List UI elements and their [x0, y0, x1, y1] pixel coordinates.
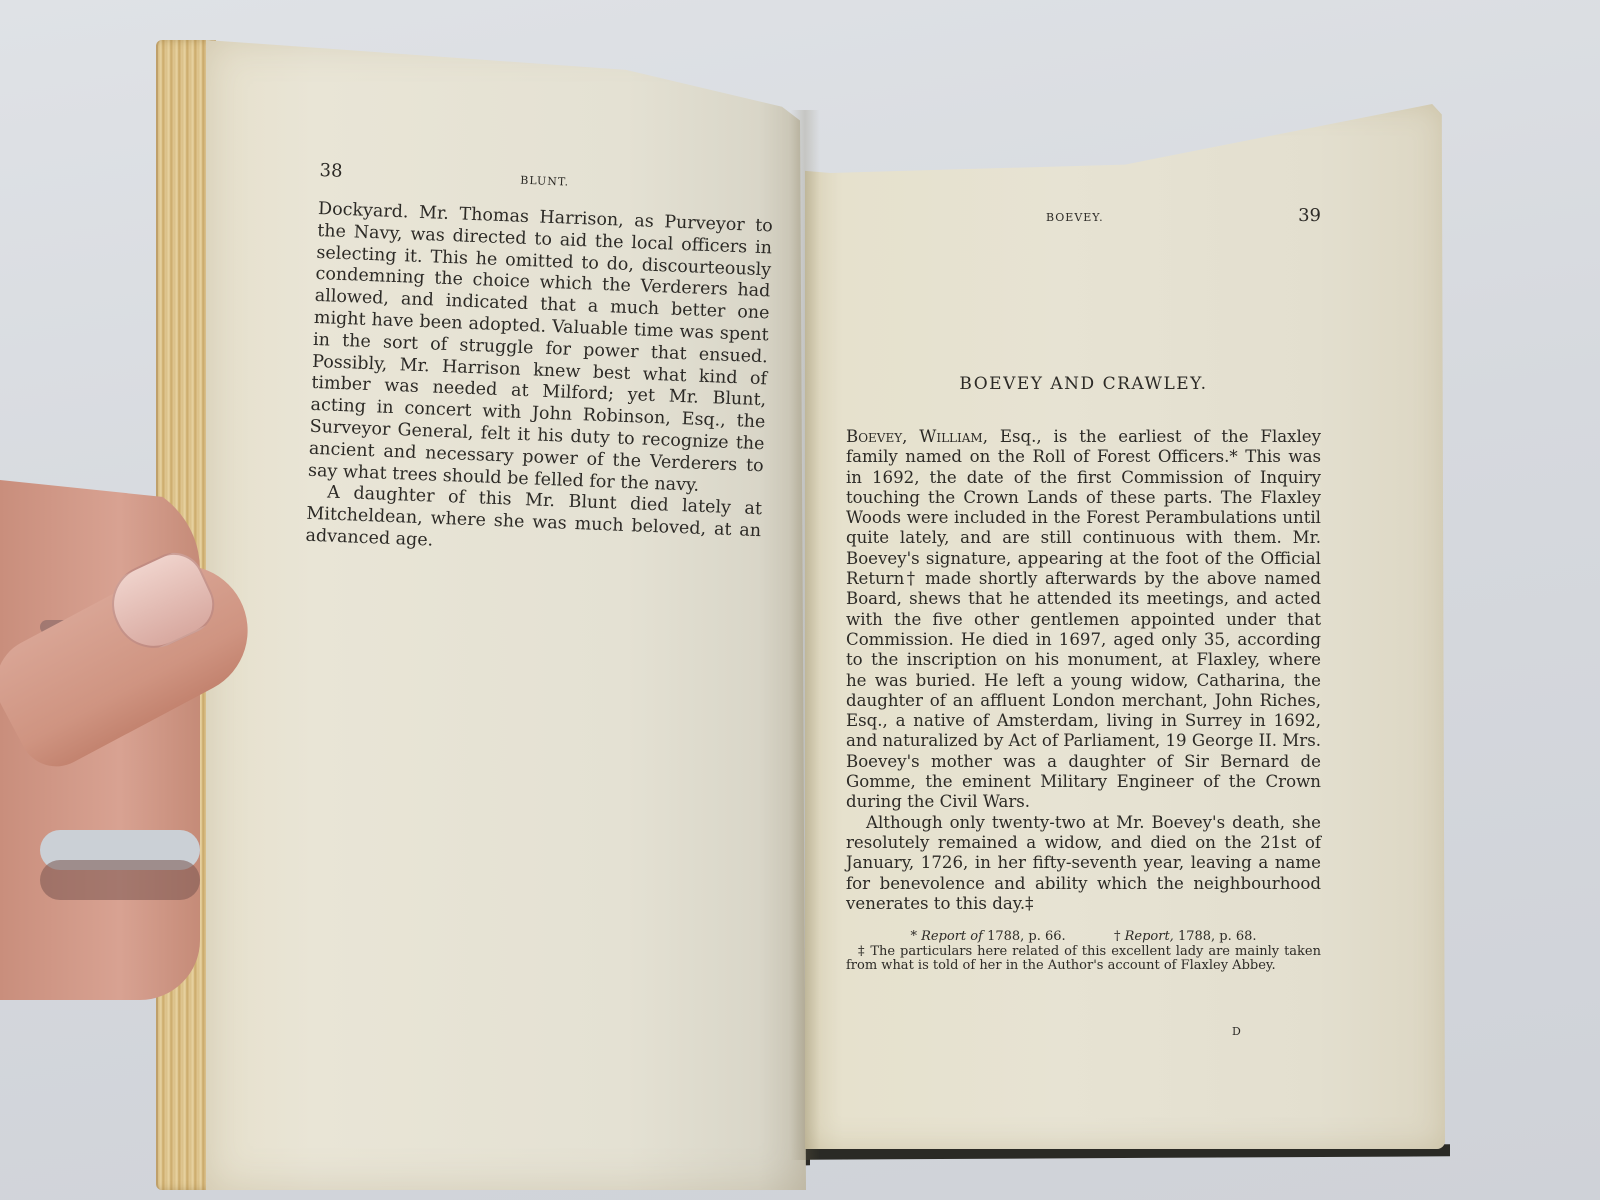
- footnote-row-1: * Report of 1788, p. 66. † Report, 1788,…: [846, 930, 1321, 945]
- footnote-1-title: Report of: [921, 929, 983, 944]
- footnote-2-title: Report,: [1125, 929, 1174, 944]
- right-paragraph-1: Boevey, William, Esq., is the earliest o…: [846, 427, 1321, 813]
- right-running-head: BOEVEY. 39: [846, 205, 1321, 226]
- left-page-text: 38 BLUNT. Dockyard. Mr. Thomas Harrison,…: [305, 160, 775, 565]
- running-head-title-right: BOEVEY.: [1046, 211, 1104, 224]
- chapter-title: BOEVEY AND CRAWLEY.: [846, 374, 1321, 394]
- page-number-right: 39: [1298, 205, 1321, 226]
- surname-small-caps: Boevey,: [846, 427, 907, 446]
- footnote-1-mark: *: [910, 929, 917, 944]
- forename-small-caps: William,: [919, 427, 988, 446]
- footnote-3: ‡ The particulars here related of this e…: [846, 945, 1321, 974]
- footnote-2-mark: †: [1114, 929, 1121, 944]
- right-paragraph-2: Although only twenty-two at Mr. Boevey's…: [846, 813, 1321, 914]
- right-page-text: BOEVEY. 39 BOEVEY AND CRAWLEY. Boevey, W…: [846, 205, 1321, 974]
- book-gutter: [790, 110, 820, 1160]
- running-head-title-left: BLUNT.: [520, 174, 569, 189]
- paragraph-1-body: Esq., is the earliest of the Flaxley fam…: [846, 427, 1321, 811]
- printer-signature-mark: D: [1232, 1025, 1241, 1038]
- finger-shadow: [40, 860, 200, 900]
- footnote-1-ref: 1788, p. 66.: [987, 929, 1066, 944]
- footnotes: * Report of 1788, p. 66. † Report, 1788,…: [846, 930, 1321, 974]
- photo-scene: 38 BLUNT. Dockyard. Mr. Thomas Harrison,…: [0, 0, 1600, 1200]
- left-paragraph-1: Dockyard. Mr. Thomas Harrison, as Purvey…: [308, 199, 774, 500]
- footnote-2-ref: 1788, p. 68.: [1178, 929, 1257, 944]
- page-number-left: 38: [319, 160, 343, 182]
